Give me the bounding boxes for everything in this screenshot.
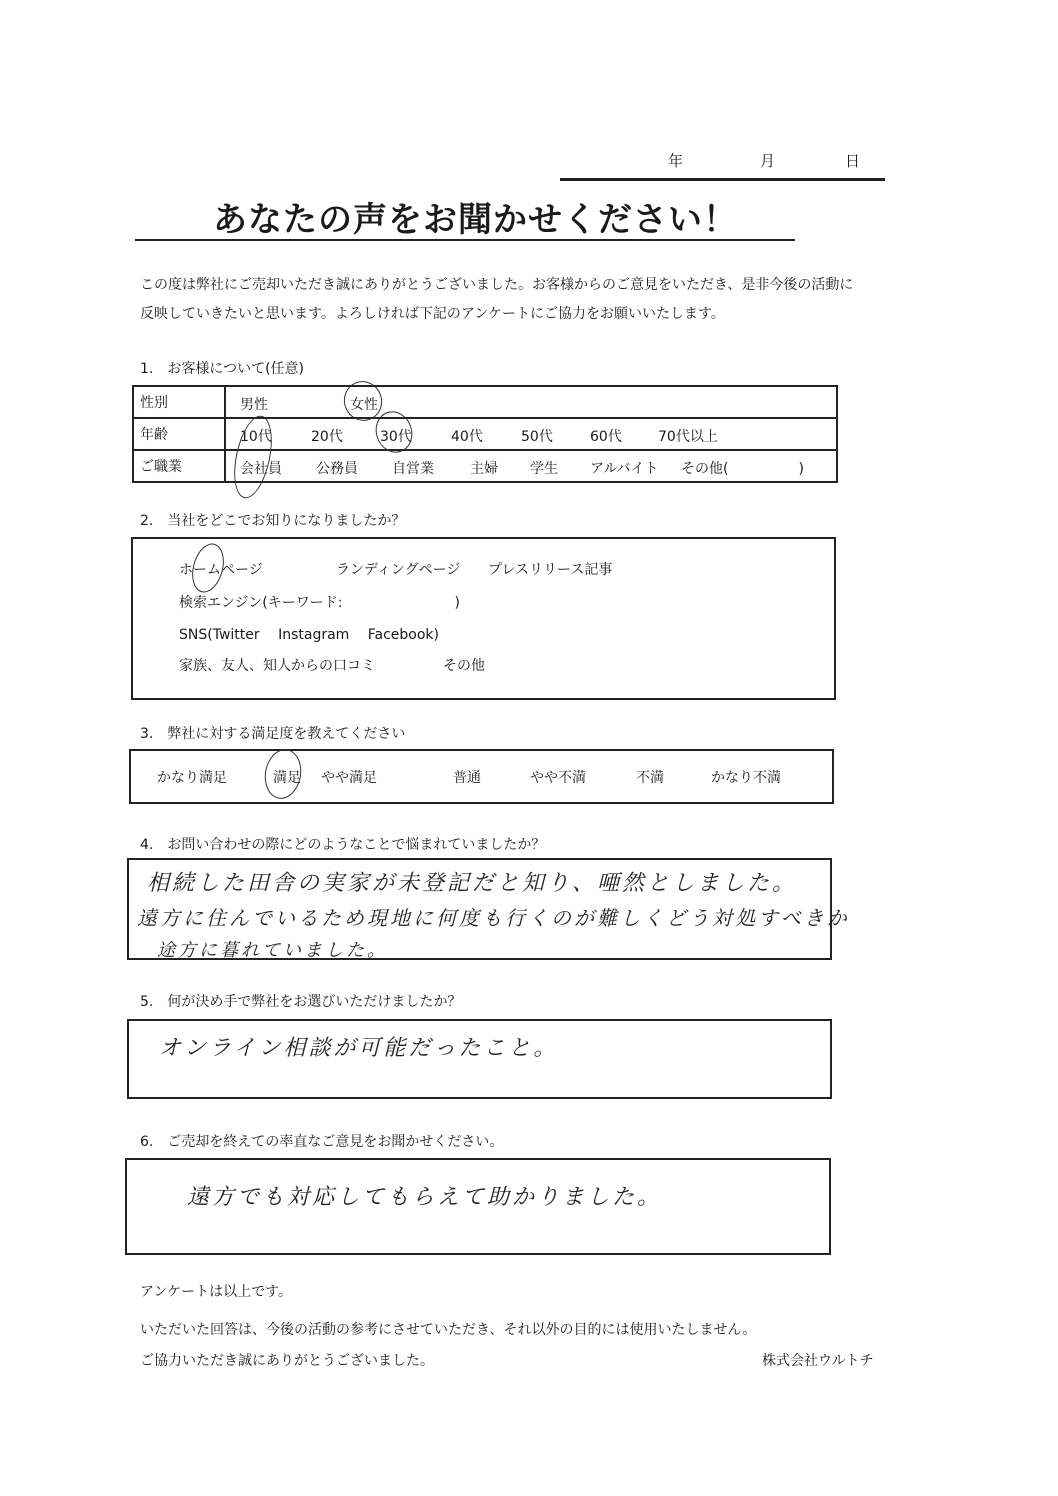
q6-answer: 遠方でも対応してもらえて助かりました。 [187, 1180, 662, 1211]
month-label: 月 [760, 150, 775, 171]
gender-label: 性別 [133, 386, 225, 418]
option-search-engine[interactable]: 検索エンジン(キーワード: ) [179, 594, 460, 612]
age-label: 年齢 [133, 418, 225, 450]
occupation-row: ご職業 会社員 公務員 自営業 主婦 学生 アルバイト その他( ) [133, 450, 837, 482]
q3-heading: 3. 弊社に対する満足度を教えてください [140, 725, 405, 743]
selected-circle-mark [187, 540, 229, 596]
option-age-40s[interactable]: 40代 [451, 426, 483, 446]
option-age-70s-plus[interactable]: 70代以上 [658, 426, 718, 446]
q2-options-box: ホームページ ランディングページ プレスリリース記事 検索エンジン(キーワード:… [131, 537, 836, 700]
q3-satisfaction-box: かなり満足 満足 やや満足 普通 やや不満 不満 かなり不満 [129, 749, 834, 804]
title-divider [135, 239, 795, 241]
page-title: あなたの声をお聞かせください！ [213, 192, 738, 241]
date-field[interactable]: 年 月 日 [560, 148, 885, 181]
q6-heading: 6. ご売却を終えての率直なご意見をお聞かせください。 [140, 1133, 503, 1151]
option-very-satisfied[interactable]: かなり満足 [157, 769, 227, 787]
option-male[interactable]: 男性 [240, 394, 268, 414]
option-neutral[interactable]: 普通 [453, 769, 481, 787]
option-other[interactable]: その他 [443, 657, 485, 675]
q5-answer-box[interactable]: オンライン相談が可能だったこと。 [127, 1019, 832, 1099]
option-homemaker[interactable]: 主婦 [470, 458, 498, 478]
company-name: 株式会社ウルトチ [762, 1352, 874, 1370]
option-part-time[interactable]: アルバイト [590, 458, 658, 478]
footer-line-2: いただいた回答は、今後の活動の参考にさせていただき、それ以外の目的には使用いたし… [140, 1321, 756, 1339]
option-age-60s[interactable]: 60代 [590, 426, 622, 446]
footer-line-1: アンケートは以上です。 [140, 1283, 292, 1301]
q4-answer-line-3: 途方に暮れていました。 [157, 936, 388, 962]
q4-answer-line-2: 遠方に住んでいるため現地に何度も行くのが難しくどう対処すべきか [137, 902, 850, 931]
option-student[interactable]: 学生 [530, 458, 558, 478]
footer-line-3: ご協力いただき誠にありがとうございました。 [140, 1352, 434, 1370]
option-self-employed[interactable]: 自営業 [392, 458, 434, 478]
q4-answer-line-1: 相続した田舎の実家が未登記だと知り、唖然としました。 [147, 866, 797, 897]
intro-line-1: この度は弊社にご売却いただき誠にありがとうございました。お客様からのご意見をいた… [140, 276, 853, 294]
selected-circle-mark [261, 746, 305, 801]
q5-heading: 5. 何が決め手で弊社をお選びいただけましたか？ [140, 993, 461, 1011]
day-label: 日 [845, 150, 860, 171]
option-age-50s[interactable]: 50代 [521, 426, 553, 446]
option-press-release[interactable]: プレスリリース記事 [488, 561, 612, 579]
q2-heading: 2. 当社をどこでお知りになりましたか？ [140, 512, 405, 530]
option-somewhat-satisfied[interactable]: やや満足 [321, 769, 377, 787]
q1-heading: 1. お客様について(任意) [140, 360, 304, 378]
option-somewhat-dissatisfied[interactable]: やや不満 [530, 769, 586, 787]
q5-answer: オンライン相談が可能だったこと。 [159, 1031, 558, 1062]
option-sns[interactable]: SNS(Twitter Instagram Facebook) [179, 626, 439, 644]
option-other[interactable]: その他( ) [681, 458, 804, 478]
customer-profile-table: 性別 男性 女性 年齢 10代 20代 30代 40代 50代 60代 70代以… [132, 385, 838, 483]
q6-answer-box[interactable]: 遠方でも対応してもらえて助かりました。 [125, 1158, 831, 1255]
option-landing-page[interactable]: ランディングページ [336, 561, 460, 579]
option-very-dissatisfied[interactable]: かなり不満 [711, 769, 781, 787]
q4-answer-box[interactable]: 相続した田舎の実家が未登記だと知り、唖然としました。 遠方に住んでいるため現地に… [127, 858, 832, 960]
gender-row: 性別 男性 女性 [133, 386, 837, 418]
year-label: 年 [668, 150, 683, 171]
occupation-label: ご職業 [133, 450, 225, 482]
option-civil-servant[interactable]: 公務員 [316, 458, 358, 478]
q4-heading: 4. お問い合わせの際にどのようなことで悩まれていましたか？ [140, 836, 545, 854]
intro-line-2: 反映していきたいと思います。よろしければ下記のアンケートにご協力をお願いいたしま… [140, 305, 725, 323]
option-age-20s[interactable]: 20代 [311, 426, 343, 446]
option-dissatisfied[interactable]: 不満 [636, 769, 664, 787]
option-word-of-mouth[interactable]: 家族、友人、知人からの口コミ [179, 657, 375, 675]
